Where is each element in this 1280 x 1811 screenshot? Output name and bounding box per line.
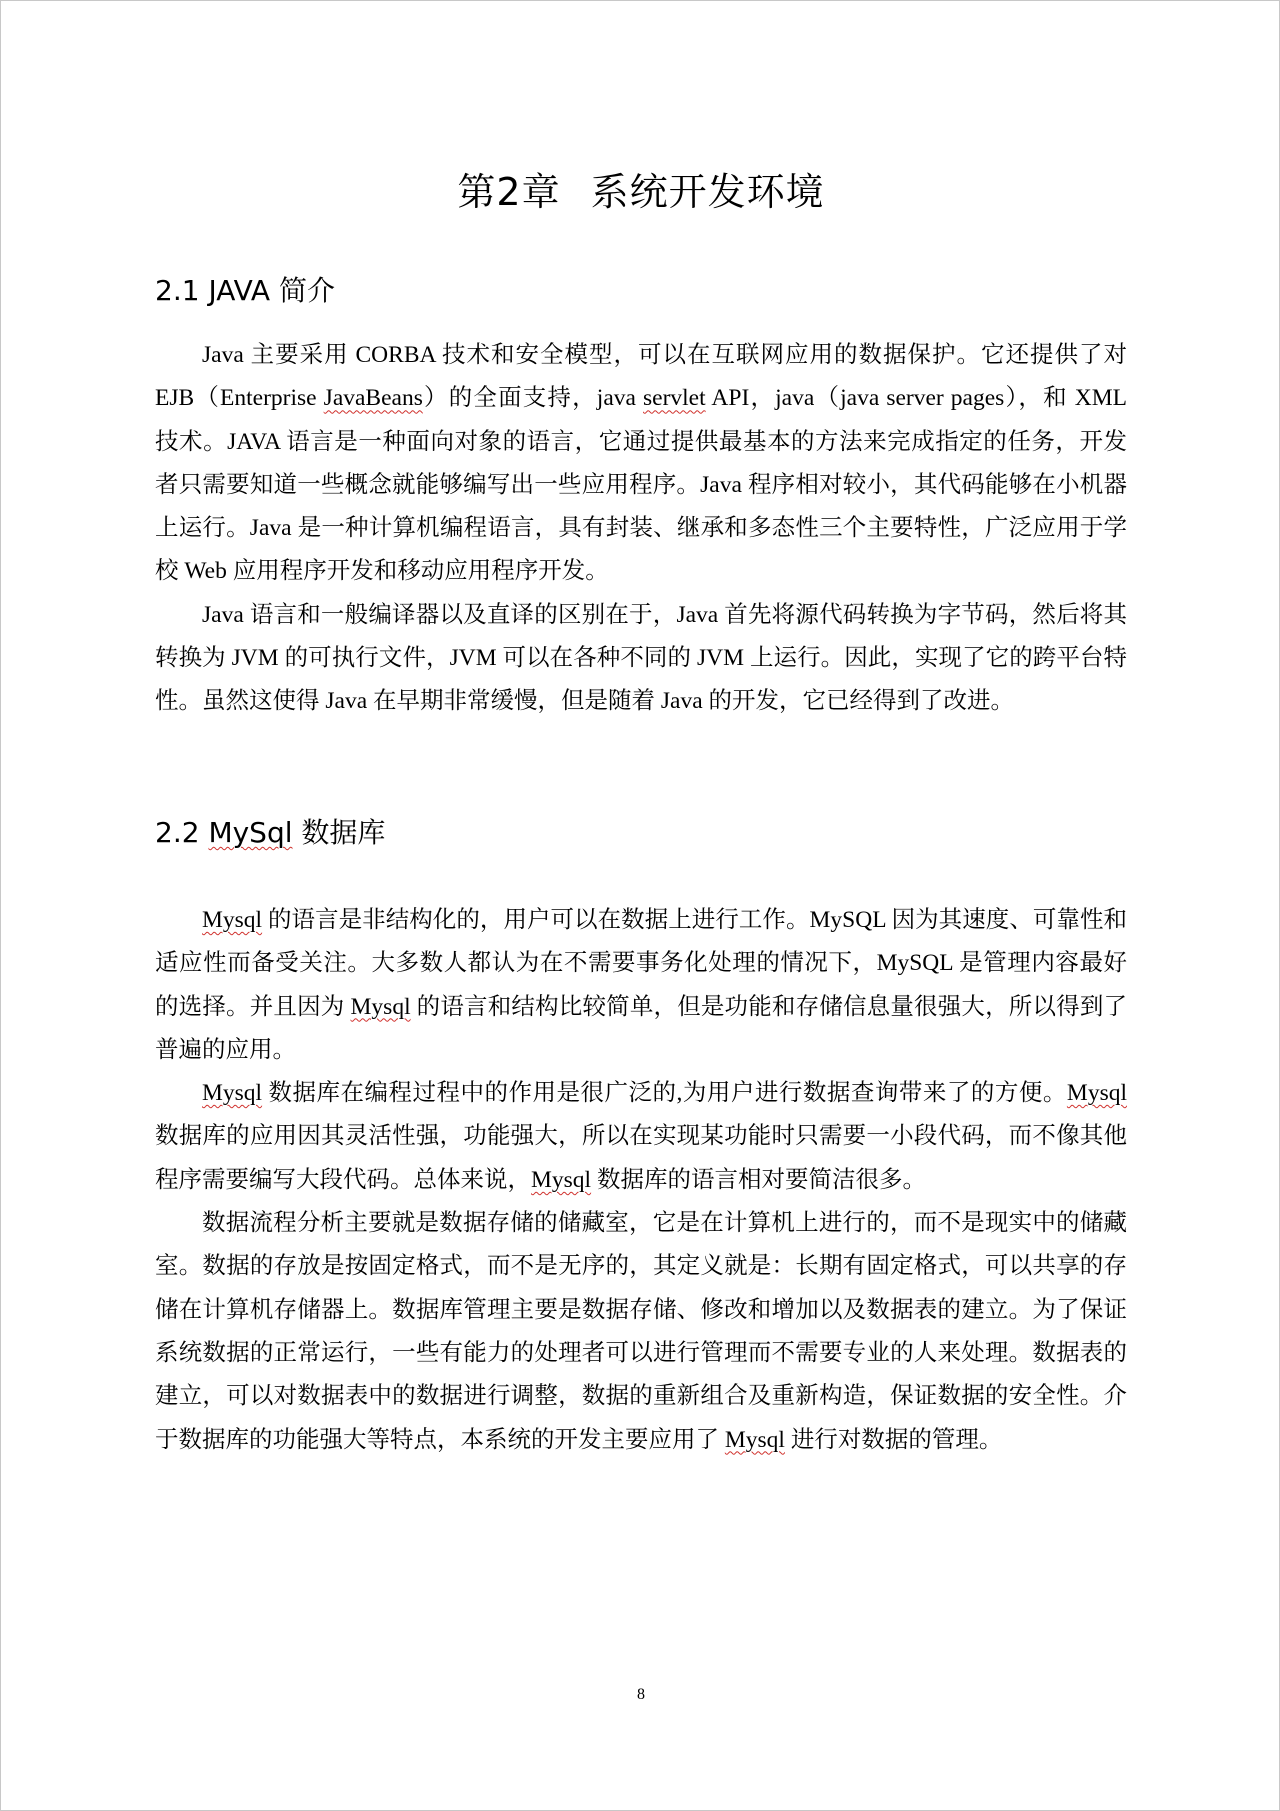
spellcheck-flag: JavaBeans	[324, 385, 423, 411]
spellcheck-flag: Mysql	[351, 994, 411, 1020]
section-heading-java: 2.1 JAVA 简介	[155, 269, 335, 309]
section-title-cjk: 简介	[279, 274, 335, 307]
section-body-java: Java 主要采用 CORBA 技术和安全模型，可以在互联网应用的数据保护。它还…	[155, 334, 1127, 724]
paragraph: 数据流程分析主要就是数据存储的储藏室，它是在计算机上进行的，而不是现实中的储藏室…	[155, 1202, 1127, 1462]
section-heading-mysql: 2.2 MySql 数据库	[155, 811, 385, 851]
spellcheck-flag: servlet	[643, 385, 706, 411]
chapter-title-text: 系统开发环境	[591, 170, 825, 214]
section-title-latin: MySql	[208, 816, 292, 849]
spellcheck-flag: Mysql	[202, 907, 262, 933]
section-title-cjk: 数据库	[301, 816, 385, 849]
page-number: 8	[1, 1686, 1280, 1704]
chapter-suffix: 章	[522, 170, 561, 214]
spellcheck-flag: Mysql	[1067, 1080, 1127, 1106]
paragraph: Java 主要采用 CORBA 技术和安全模型，可以在互联网应用的数据保护。它还…	[155, 334, 1127, 594]
paragraph: Mysql 的语言是非结构化的，用户可以在数据上进行工作。MySQL 因为其速度…	[155, 899, 1127, 1072]
paragraph: Java 语言和一般编译器以及直译的区别在于，Java 首先将源代码转换为字节码…	[155, 594, 1127, 724]
document-page: 第2章系统开发环境 2.1 JAVA 简介 Java 主要采用 CORBA 技术…	[0, 0, 1280, 1811]
chapter-title: 第2章系统开发环境	[1, 161, 1280, 216]
spellcheck-flag: Mysql	[531, 1167, 591, 1193]
section-number: 2.2	[155, 816, 200, 849]
spellcheck-flag: Mysql	[725, 1427, 785, 1453]
section-title-latin: JAVA	[208, 274, 270, 307]
chapter-number: 2	[496, 170, 521, 214]
spellcheck-flag: Mysql	[202, 1080, 262, 1106]
section-body-mysql: Mysql 的语言是非结构化的，用户可以在数据上进行工作。MySQL 因为其速度…	[155, 899, 1127, 1462]
section-number: 2.1	[155, 274, 200, 307]
paragraph: Mysql 数据库在编程过程中的作用是很广泛的,为用户进行数据查询带来了的方便。…	[155, 1072, 1127, 1202]
chapter-prefix: 第	[457, 170, 496, 214]
